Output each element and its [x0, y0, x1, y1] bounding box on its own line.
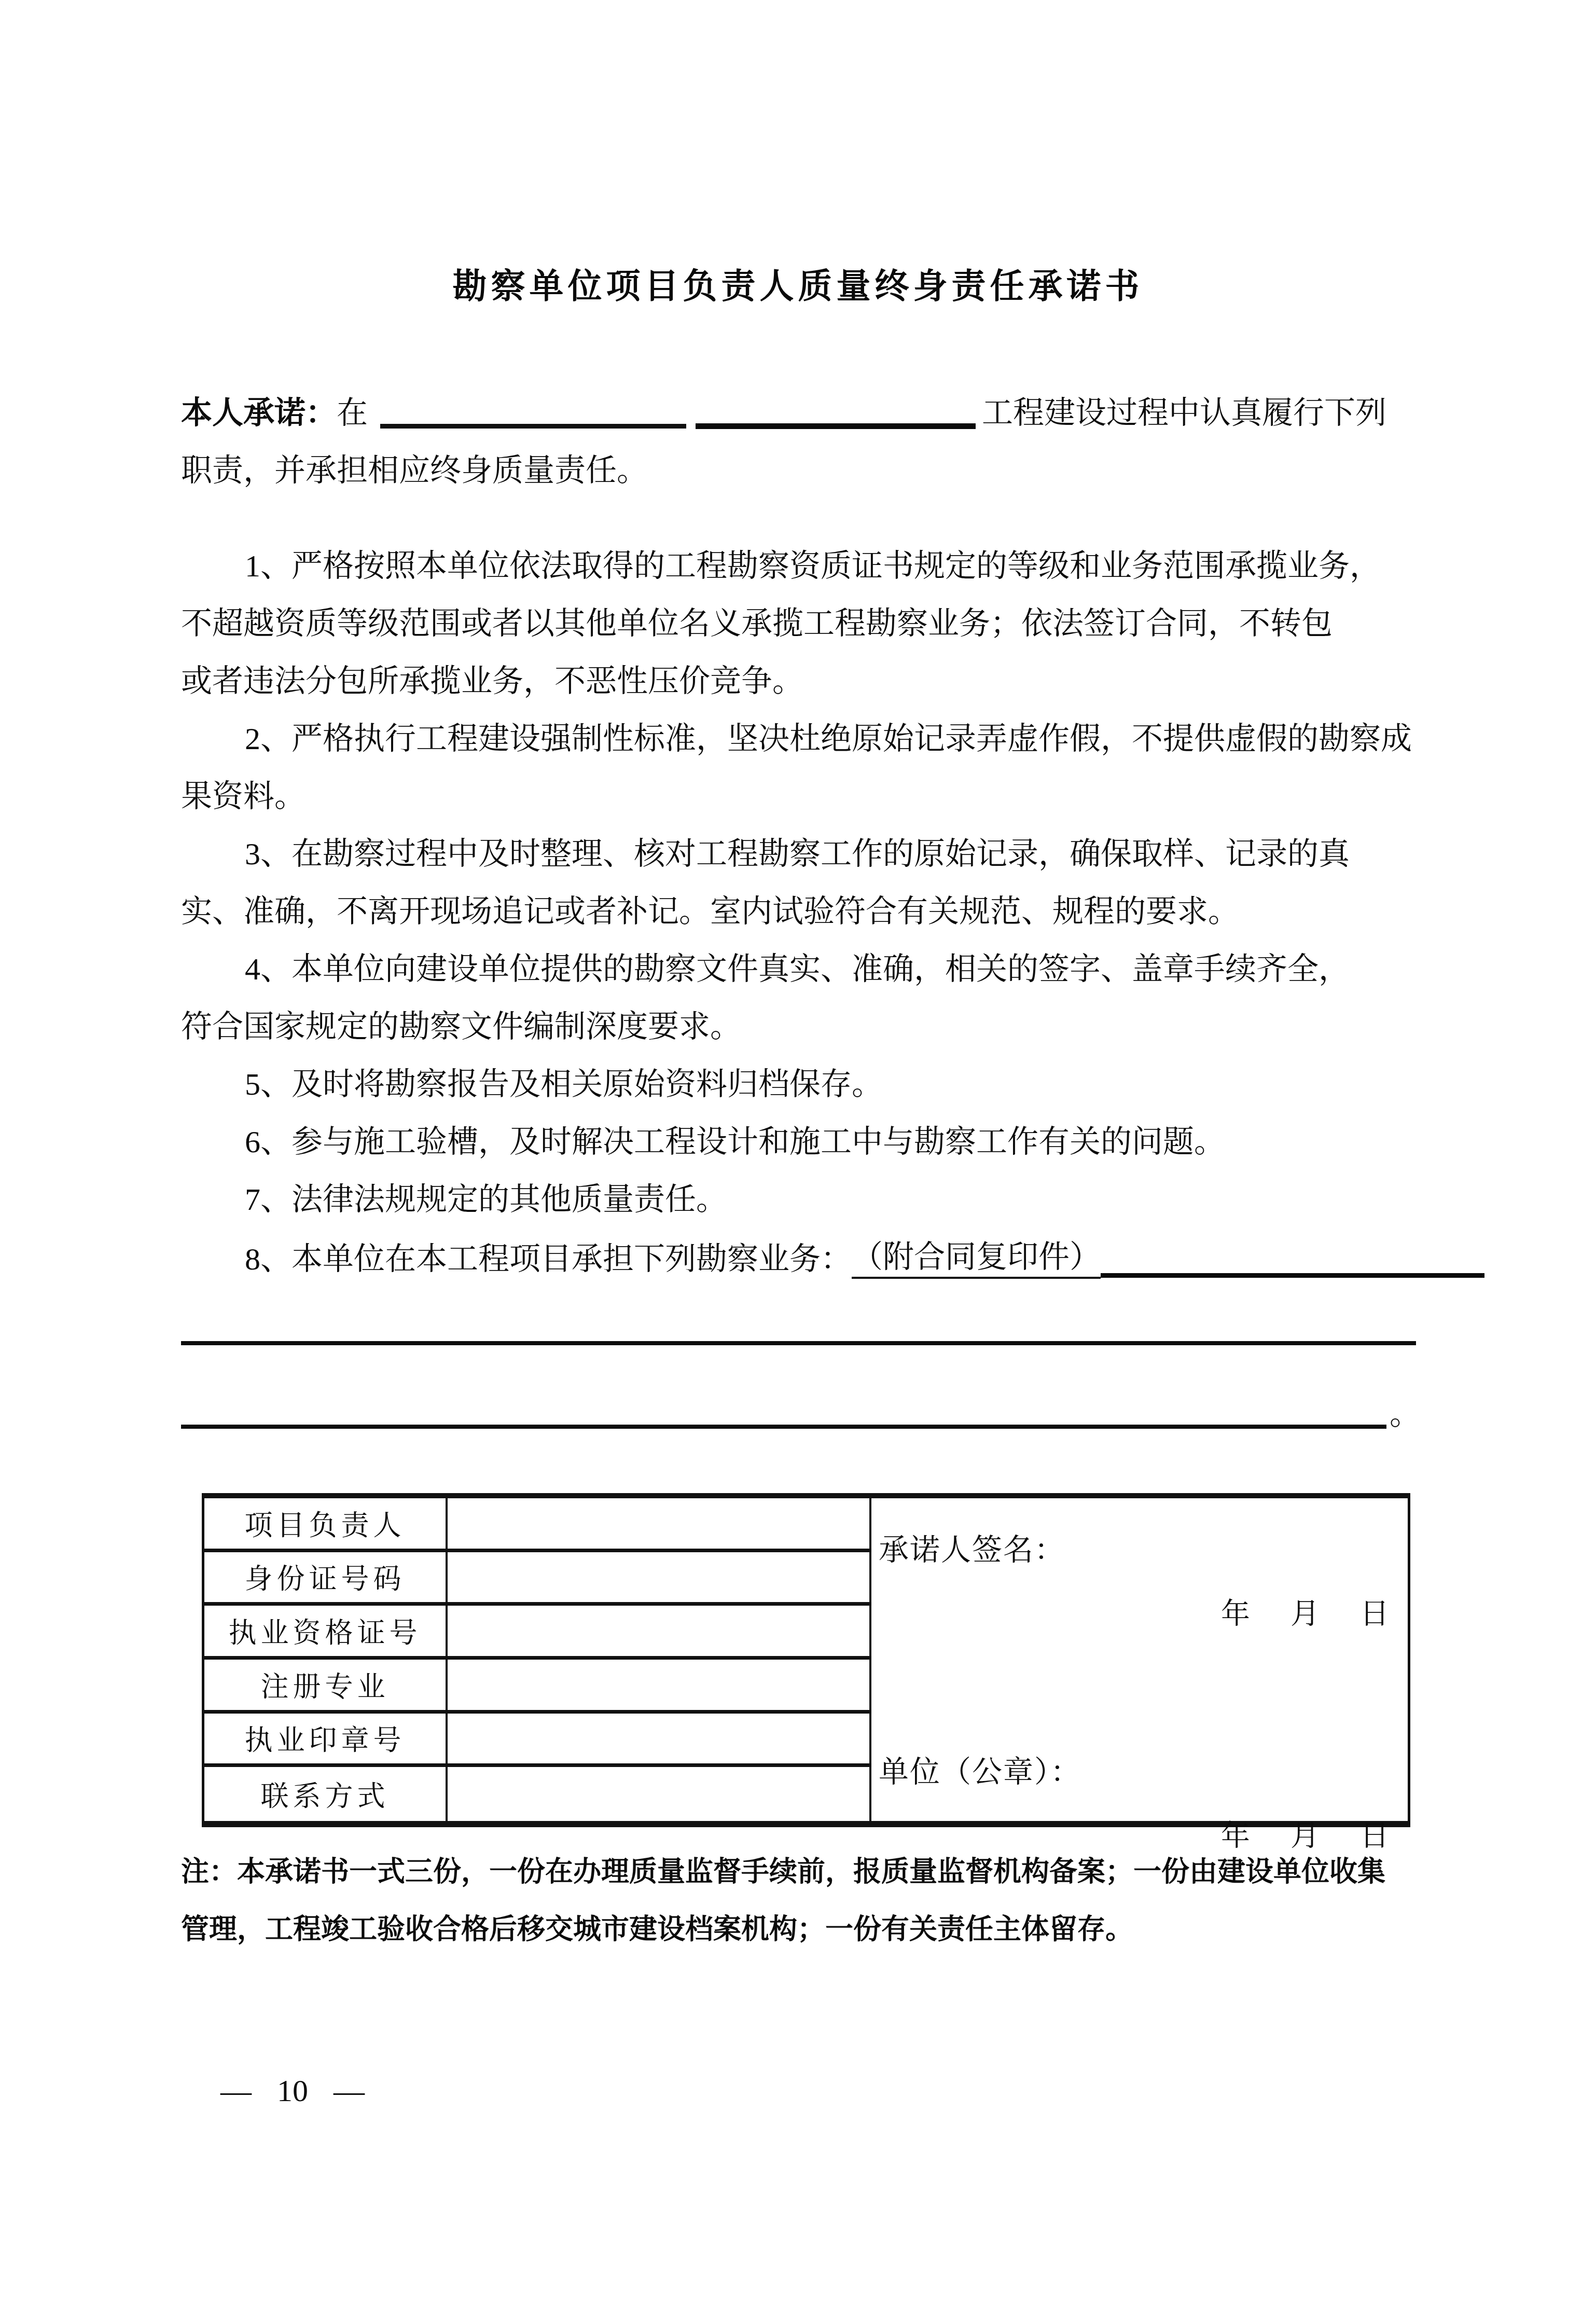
item-2-line-2: 果资料。 [181, 777, 1421, 816]
fill-in-line-2 [181, 1425, 1386, 1429]
note-line-2: 管理，工程竣工验收合格后移交城市建设档案机构；一份有关责任主体留存。 [181, 1911, 1421, 1948]
page-title: 勘察单位项目负责人质量终身责任承诺书 [0, 258, 1596, 308]
table-value-project-leader [448, 1498, 871, 1552]
day-label: 日 [1360, 1820, 1389, 1852]
page-number: — 10 — [220, 2073, 365, 2109]
signer-date-row: 年月日 [1221, 1591, 1408, 1632]
table-label-contact-info: 联系方式 [204, 1767, 448, 1821]
project-name-blank-segment-1 [380, 424, 686, 429]
table-value-id-number [448, 1552, 871, 1606]
intro-after-blank-text: 工程建设过程中认真履行下列 [982, 393, 1386, 433]
table-value-qualification-cert-no [448, 1606, 871, 1660]
item-2-line-1: 2、严格执行工程建设强制性标准，坚决杜绝原始记录弄虚作假，不提供虚假的勘察成 [181, 719, 1484, 758]
item-7: 7、法律法规规定的其他质量责任。 [181, 1180, 1484, 1219]
unit-date-row: 年月日 [1221, 1813, 1408, 1854]
item-3-line-1: 3、在勘察过程中及时整理、核对工程勘察工作的原始记录，确保取样、记录的真 [181, 834, 1484, 874]
table-label-id-number: 身份证号码 [204, 1552, 448, 1606]
day-label: 日 [1360, 1598, 1389, 1630]
month-label: 月 [1290, 1598, 1320, 1630]
fill-in-line-2-row: 。 [181, 1395, 1421, 1434]
table-label-registered-specialty: 注册专业 [204, 1660, 448, 1714]
item-4-line-1: 4、本单位向建设单位提供的勘察文件真实、准确，相关的签字、盖章手续齐全， [181, 949, 1484, 989]
item-4-line-2: 符合国家规定的勘察文件编制深度要求。 [181, 1007, 1421, 1046]
table-value-contact-info [448, 1767, 871, 1821]
item-3-line-2: 实、准确，不离开现场追记或者补记。室内试验符合有关规范、规程的要求。 [181, 892, 1421, 931]
intro-preposition: 在 [337, 393, 368, 433]
table-label-qualification-cert-no: 执业资格证号 [204, 1606, 448, 1660]
attachment-copy-note: （附合同复印件） [852, 1237, 1101, 1279]
table-value-practice-seal-no [448, 1714, 871, 1768]
item-6: 6、参与施工验槽，及时解决工程设计和施工中与勘察工作有关的问题。 [181, 1122, 1484, 1162]
year-label: 年 [1221, 1598, 1250, 1630]
item-1-line-2: 不超越资质等级范围或者以其他单位名义承揽工程勘察业务；依法签订合同，不转包 [181, 604, 1421, 643]
signature-cell: 承诺人签名： 年月日 单位（公章）： 年月日 [871, 1498, 1408, 1821]
table-label-project-leader: 项目负责人 [204, 1498, 448, 1552]
table-value-registered-specialty [448, 1660, 871, 1714]
document-page: 勘察单位项目负责人质量终身责任承诺书 本人承诺：在工程建设过程中认真履行下列 职… [0, 0, 1596, 2305]
signature-table: 承诺人签名： 年月日 单位（公章）： 年月日 项目负责人 身份证号码 执业资格证… [202, 1493, 1410, 1827]
item-8: 8、本单位在本工程项目承担下列勘察业务：（附合同复印件） [181, 1237, 1484, 1279]
intro-line-1: 本人承诺：在工程建设过程中认真履行下列 [181, 393, 1421, 433]
signer-signature-label: 承诺人签名： [879, 1525, 1408, 1569]
commitment-lead-label: 本人承诺： [181, 393, 337, 433]
intro-line-2: 职责，并承担相应终身质量责任。 [181, 451, 1421, 490]
note-line-1: 注：本承诺书一式三份，一份在办理质量监督手续前，报质量监督机构备案；一份由建设单… [181, 1853, 1421, 1890]
item-1-line-3: 或者违法分包所承揽业务，不恶性压价竞争。 [181, 661, 1421, 701]
sentence-period: 。 [1390, 1395, 1421, 1434]
year-label: 年 [1221, 1820, 1250, 1852]
table-label-practice-seal-no: 执业印章号 [204, 1714, 448, 1768]
item-1-line-1: 1、严格按照本单位依法取得的工程勘察资质证书规定的等级和业务范围承揽业务， [181, 546, 1484, 586]
unit-seal-label: 单位（公章）： [879, 1747, 1408, 1791]
project-name-blank-segment-2 [696, 423, 976, 429]
fill-in-line-1 [181, 1341, 1416, 1345]
month-label: 月 [1290, 1820, 1320, 1852]
item-8-fill-in-line [1101, 1273, 1484, 1278]
item-8-text: 8、本单位在本工程项目承担下列勘察业务： [245, 1239, 852, 1279]
item-5: 5、及时将勘察报告及相关原始资料归档保存。 [181, 1065, 1484, 1104]
